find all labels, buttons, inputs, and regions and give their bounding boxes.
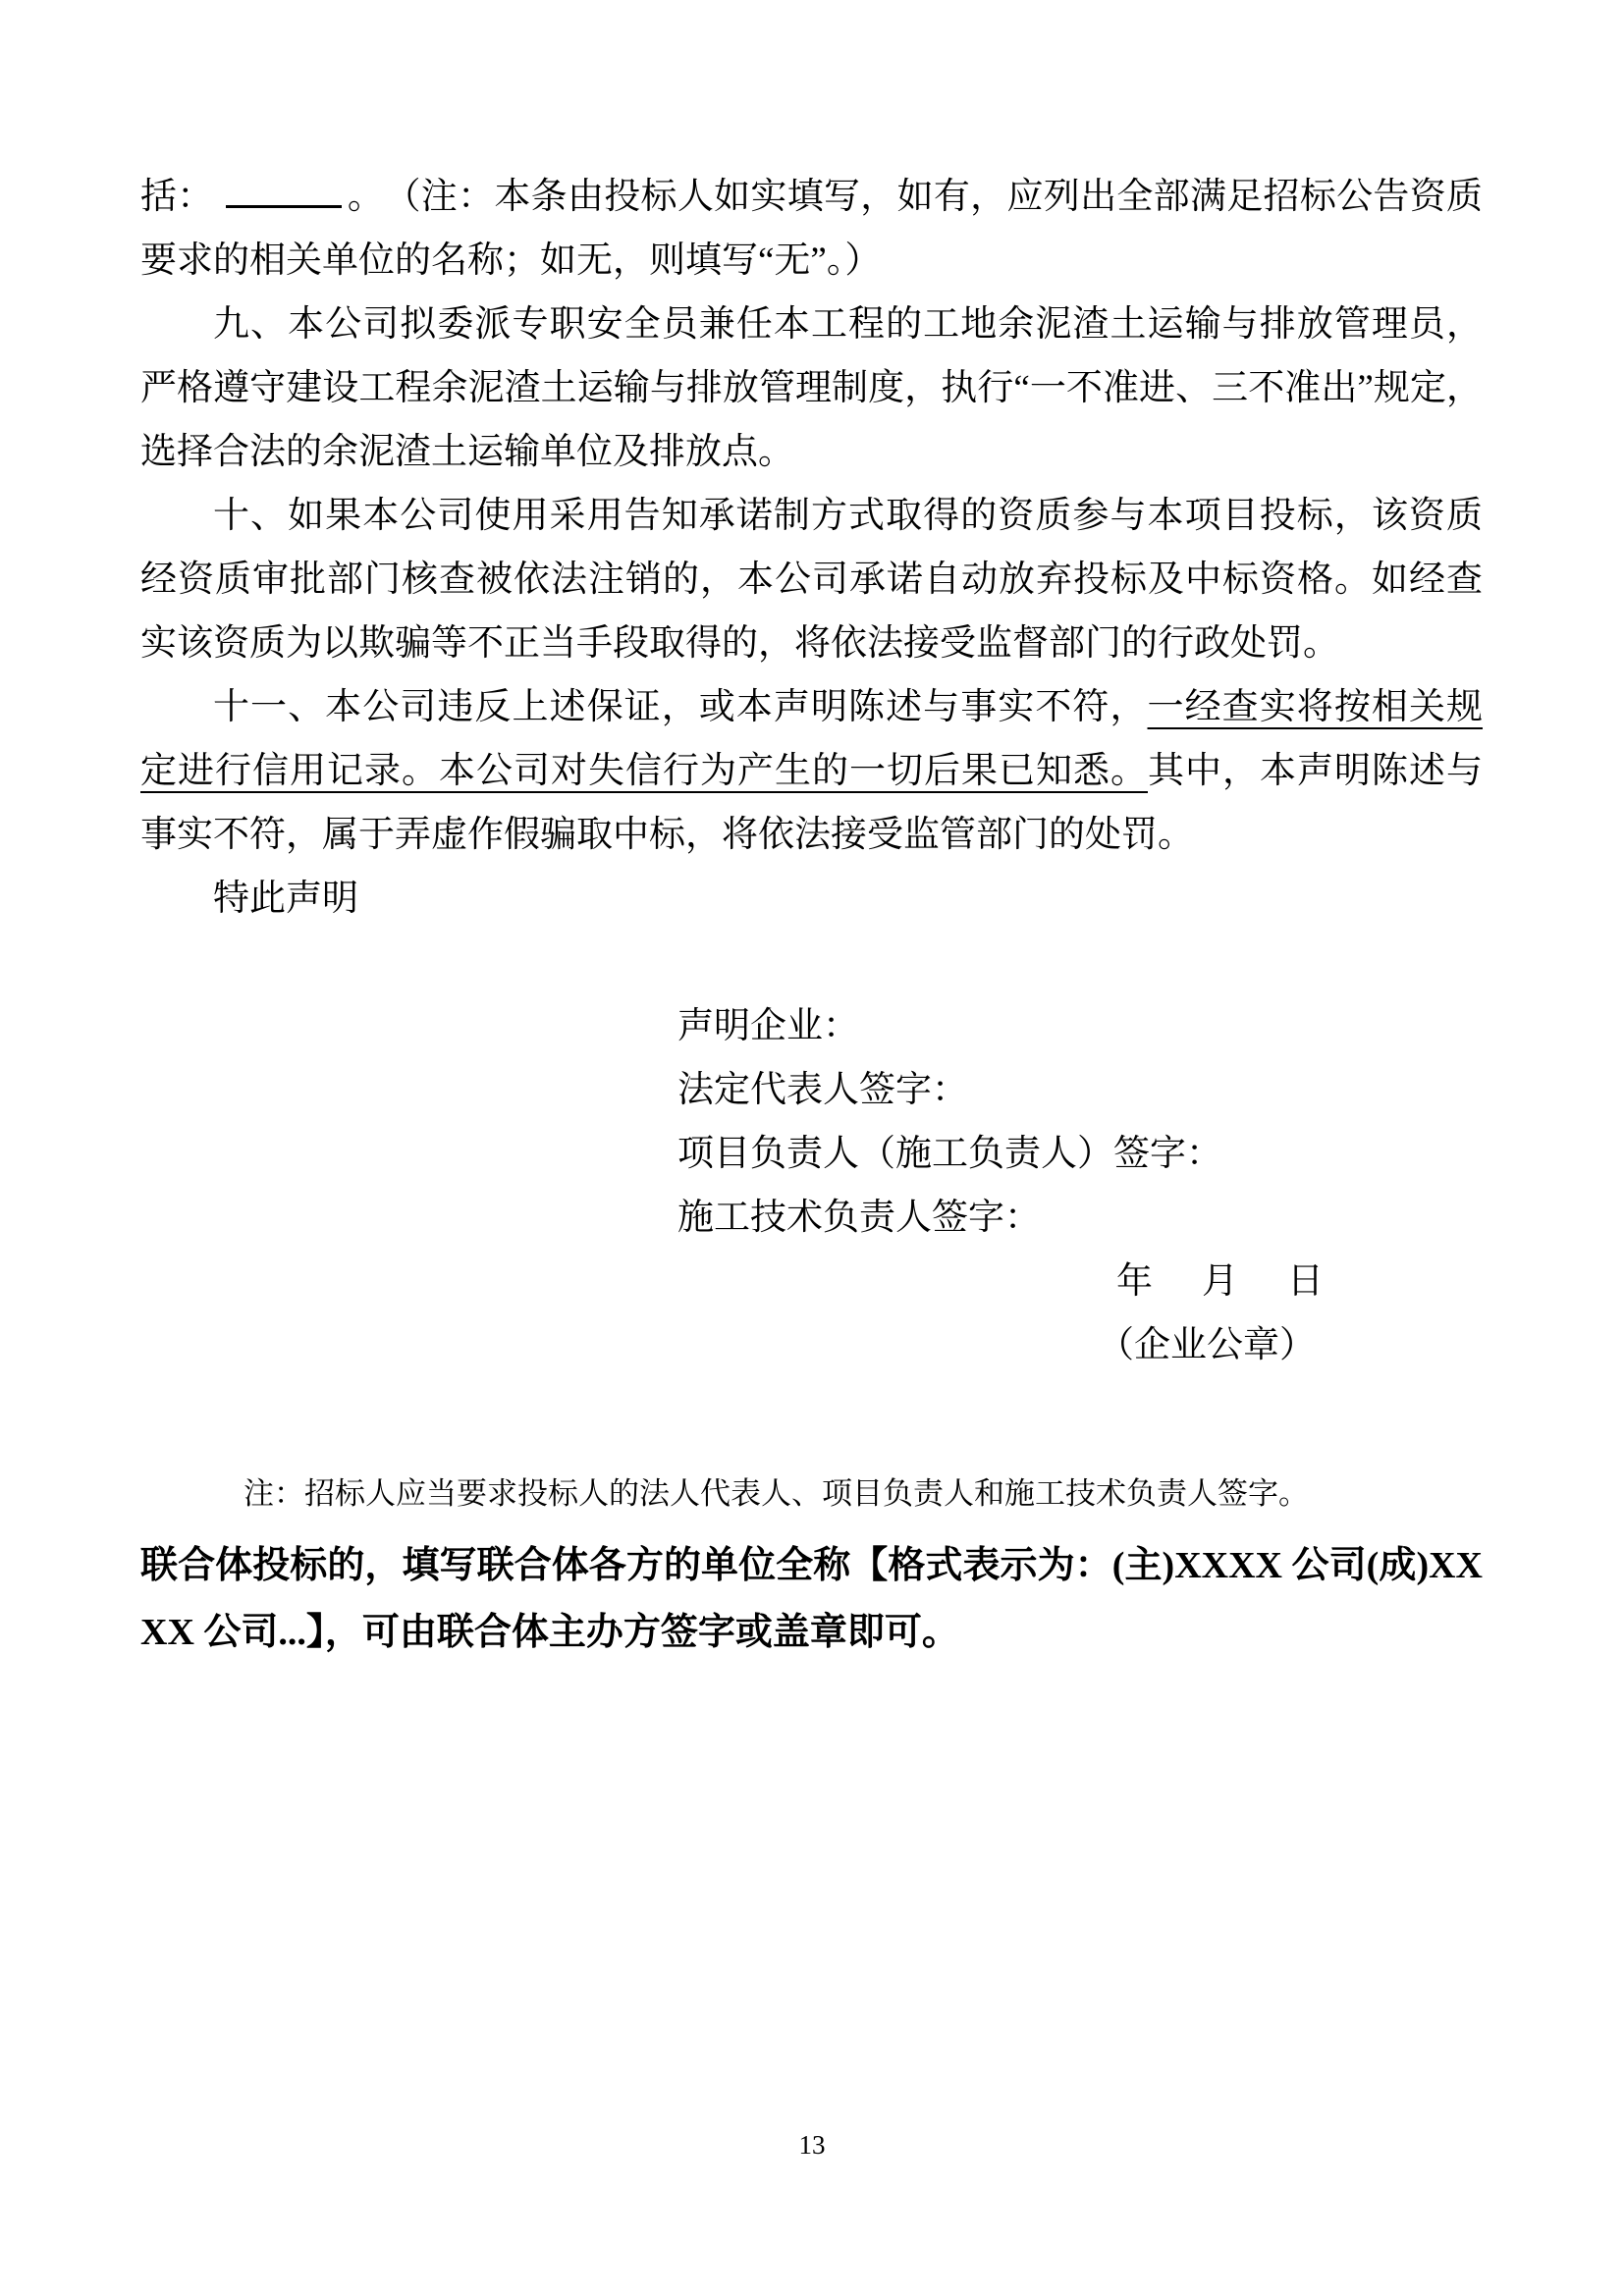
clause-11-paragraph: 十一、本公司违反上述保证，或本声明陈述与事实不符，一经查实将按相关规定进行信用记… xyxy=(140,675,1483,867)
project-manager-signature-label: 项目负责人（施工负责人）签字： xyxy=(677,1122,1483,1186)
legal-representative-signature-label: 法定代表人签字： xyxy=(677,1058,1483,1122)
clause-8-note: 。 （注：本条由投标人如实填写，如有，应列出全部满足招标公告资质要求的相关单位的… xyxy=(140,177,1483,281)
date-day-label: 日 xyxy=(1287,1250,1324,1313)
clause-9-paragraph: 九、本公司拟委派专职安全员兼任本工程的工地余泥渣土运输与排放管理员，严格遵守建设… xyxy=(140,293,1483,484)
clause-11-start: 十一、本公司违反上述保证，或本声明陈述与事实不符， xyxy=(213,687,1148,727)
date-line: 年 月 日 xyxy=(1116,1250,1483,1313)
clause-10-paragraph: 十、如果本公司使用采用告知承诺制方式取得的资质参与本项目投标，该资质经资质审批部… xyxy=(140,484,1483,675)
joint-venture-instruction: 联合体投标的，填写联合体各方的单位全称【格式表示为：(主)XXXX 公司(成)X… xyxy=(140,1532,1483,1666)
declaration-line: 特此声明 xyxy=(140,867,1483,931)
page-number: 13 xyxy=(0,2128,1624,2162)
construction-tech-manager-signature-label: 施工技术负责人签字： xyxy=(677,1186,1483,1250)
document-page: 括：。 （注：本条由投标人如实填写，如有，应列出全部满足招标公告资质要求的相关单… xyxy=(0,0,1624,2296)
signature-block: 声明企业： 法定代表人签字： 项目负责人（施工负责人）签字： 施工技术负责人签字… xyxy=(677,994,1483,1250)
clause-8-prefix: 括： xyxy=(140,177,214,217)
document-body: 括：。 （注：本条由投标人如实填写，如有，应列出全部满足招标公告资质要求的相关单… xyxy=(140,165,1483,1666)
declaring-company-label: 声明企业： xyxy=(677,994,1483,1058)
date-year-label: 年 xyxy=(1116,1250,1153,1313)
date-month-label: 月 xyxy=(1202,1250,1238,1313)
tenderer-note-line: 注：招标人应当要求投标人的法人代表人、项目负责人和施工技术负责人签字。 xyxy=(140,1464,1483,1524)
company-seal-label: （企业公章） xyxy=(1098,1313,1483,1377)
clause-8-continuation: 括：。 （注：本条由投标人如实填写，如有，应列出全部满足招标公告资质要求的相关单… xyxy=(140,165,1483,293)
fill-in-blank xyxy=(226,176,342,208)
